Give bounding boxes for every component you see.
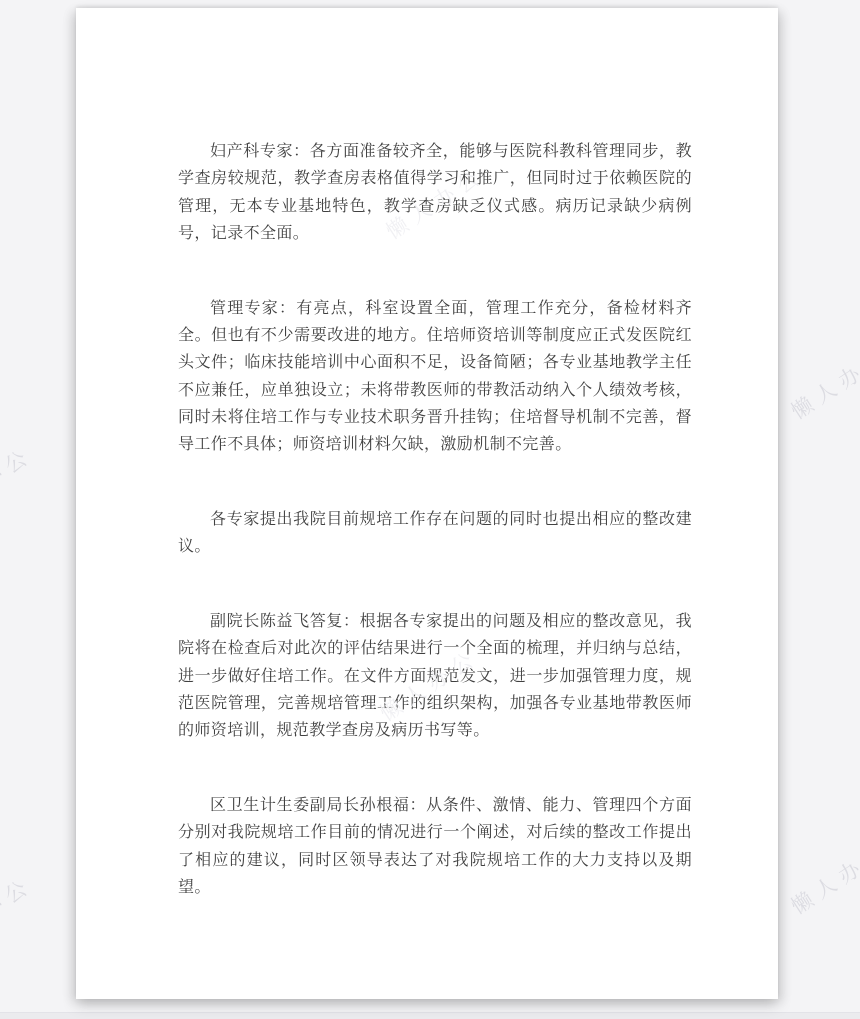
watermark: 懒人办公 xyxy=(785,834,860,920)
document-body: 妇产科专家：各方面准备较齐全，能够与医院科教科管理同步，教学查房较规范，教学查房… xyxy=(178,138,692,949)
watermark: 懒人办公 xyxy=(785,339,860,425)
watermark: 懒人办公 xyxy=(0,439,38,525)
paragraph: 管理专家：有亮点，科室设置全面，管理工作充分，备检材料齐全。但也有不少需要改进的… xyxy=(178,295,692,459)
watermark: 懒人办公 xyxy=(0,869,38,955)
paragraph: 区卫生计生委副局长孙根福：从条件、激情、能力、管理四个方面分别对我院规培工作目前… xyxy=(178,792,692,901)
document-viewer: 懒人办公 懒人办公 懒人办公 懒人办公 妇产科专家：各方面准备较齐全，能够与医院… xyxy=(0,0,860,1019)
paragraph: 副院长陈益飞答复：根据各专家提出的问题及相应的整改意见，我院将在检查后对此次的评… xyxy=(178,608,692,744)
paragraph: 各专家提出我院目前规培工作存在问题的同时也提出相应的整改建议。 xyxy=(178,506,692,561)
viewport-bottom-divider xyxy=(0,1012,860,1019)
paragraph: 妇产科专家：各方面准备较齐全，能够与医院科教科管理同步，教学查房较规范，教学查房… xyxy=(178,138,692,247)
document-page: 妇产科专家：各方面准备较齐全，能够与医院科教科管理同步，教学查房较规范，教学查房… xyxy=(76,8,778,999)
